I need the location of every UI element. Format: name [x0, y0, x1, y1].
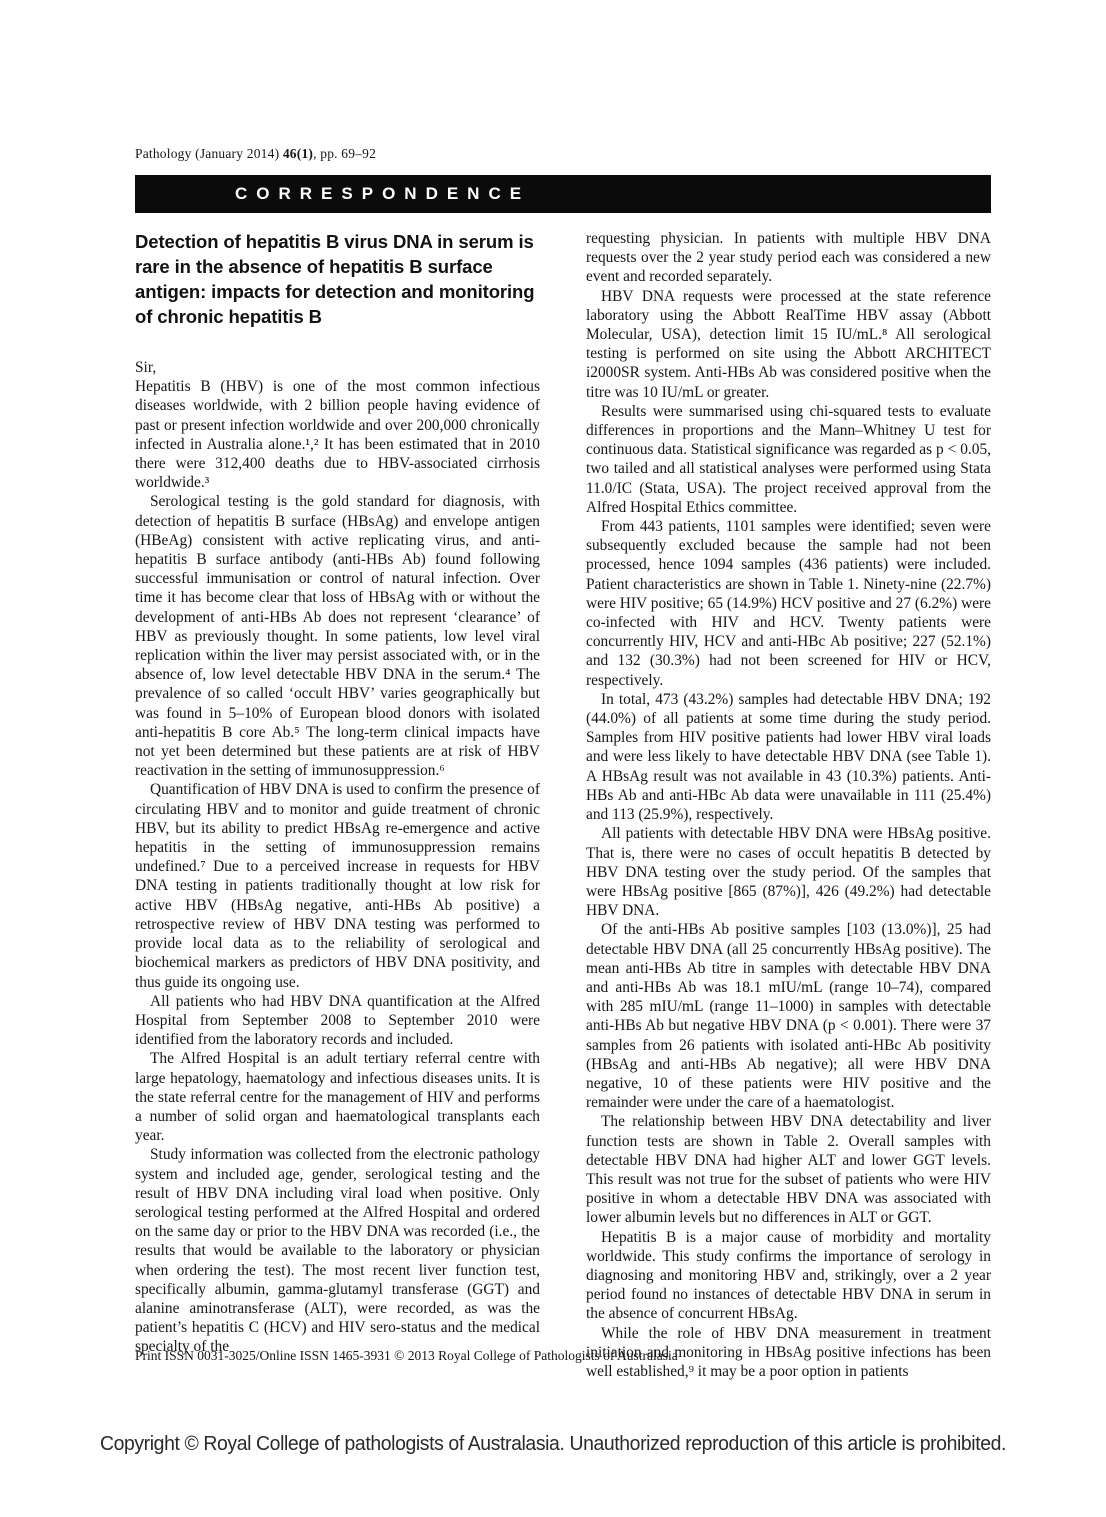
paragraph: From 443 patients, 1101 samples were ide…: [586, 517, 991, 690]
paragraph: Hepatitis B (HBV) is one of the most com…: [135, 377, 540, 492]
right-column-text: requesting physician. In patients with m…: [586, 229, 991, 1381]
section-banner: CORRESPONDENCE: [135, 175, 991, 213]
journal-pages: , pp. 69–92: [313, 146, 376, 161]
copyright-notice: Copyright © Royal College of pathologist…: [17, 1433, 1090, 1456]
left-column: Detection of hepatitis B virus DNA in se…: [135, 229, 540, 1381]
paragraph: Results were summarised using chi-square…: [586, 402, 991, 517]
section-banner-label: CORRESPONDENCE: [235, 184, 530, 204]
journal-name-date: Pathology (January 2014): [135, 146, 283, 161]
paragraph: The relationship between HBV DNA detecta…: [586, 1112, 991, 1227]
paragraph: requesting physician. In patients with m…: [586, 229, 991, 287]
journal-citation-line: Pathology (January 2014) 46(1), pp. 69–9…: [135, 146, 991, 162]
paragraph: All patients with detectable HBV DNA wer…: [586, 824, 991, 920]
left-column-text: Sir,Hepatitis B (HBV) is one of the most…: [135, 358, 540, 1357]
paragraph: Hepatitis B is a major cause of morbidit…: [586, 1228, 991, 1324]
issn-footer: Print ISSN 0031-3025/Online ISSN 1465-39…: [135, 1348, 678, 1364]
paragraph: In total, 473 (43.2%) samples had detect…: [586, 690, 991, 824]
paragraph: All patients who had HBV DNA quantificat…: [135, 992, 540, 1050]
paragraph: Study information was collected from the…: [135, 1145, 540, 1356]
paragraph: HBV DNA requests were processed at the s…: [586, 287, 991, 402]
paragraph: Of the anti-HBs Ab positive samples [103…: [586, 920, 991, 1112]
right-column: requesting physician. In patients with m…: [586, 229, 991, 1381]
paragraph: The Alfred Hospital is an adult tertiary…: [135, 1049, 540, 1145]
article-title: Detection of hepatitis B virus DNA in se…: [135, 229, 555, 329]
paragraph: Quantification of HBV DNA is used to con…: [135, 780, 540, 991]
paragraph: Serological testing is the gold standard…: [135, 492, 540, 780]
page-content: Pathology (January 2014) 46(1), pp. 69–9…: [135, 146, 991, 1381]
journal-page: Pathology (January 2014) 46(1), pp. 69–9…: [0, 0, 1106, 1517]
journal-volume: 46(1): [283, 146, 313, 161]
paragraph: Sir,: [135, 358, 540, 377]
article-body: Detection of hepatitis B virus DNA in se…: [135, 229, 991, 1381]
